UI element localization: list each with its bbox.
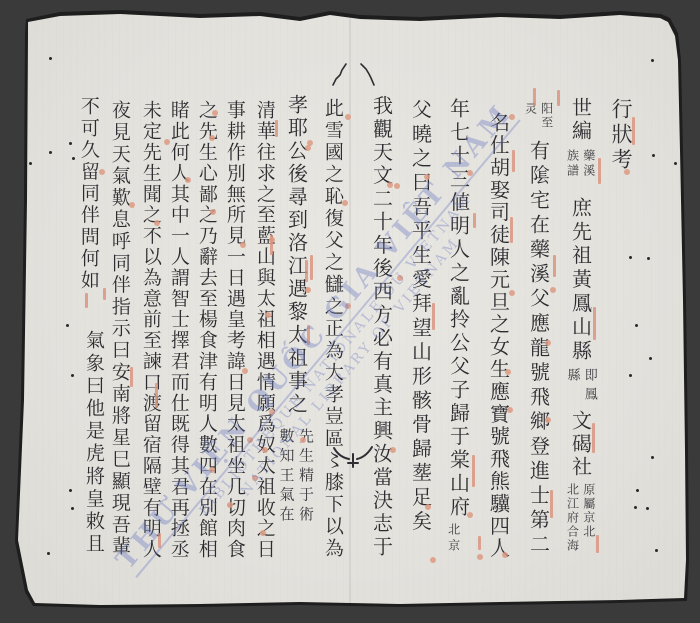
vermilion-punctuation-dot <box>342 200 348 206</box>
interlinear-note: 北京 <box>446 523 459 555</box>
vermilion-name-mark <box>275 120 278 137</box>
vermilion-name-mark <box>103 288 106 300</box>
vermilion-punctuation-dot <box>624 169 630 175</box>
text-column-l3: 清華往求之至藍山與太祖相遇情願爲奴太祖收之日 <box>253 100 275 560</box>
interlinear-note: 原屬京北 北江府合海 <box>565 483 594 553</box>
vermilion-punctuation-dot <box>260 530 266 536</box>
ink-speck <box>646 507 649 510</box>
vermilion-punctuation-dot <box>397 275 403 281</box>
ink-speck <box>29 162 32 165</box>
ink-speck <box>636 489 639 492</box>
vermilion-name-mark <box>596 535 599 553</box>
vermilion-punctuation-dot <box>502 552 508 558</box>
ink-speck <box>69 142 72 145</box>
vermilion-punctuation-dot <box>164 139 170 145</box>
interlinear-note: 阳至 灵 <box>523 102 552 130</box>
vermilion-punctuation-dot <box>265 312 271 318</box>
note-right-line: 即鳳 <box>582 368 596 406</box>
vermilion-punctuation-dot <box>269 409 275 415</box>
note-right-line: 藥溪 <box>582 149 595 179</box>
vermilion-punctuation-dot <box>154 220 160 226</box>
vermilion-punctuation-dot <box>209 467 215 473</box>
note-right-line: 北京 <box>446 523 459 555</box>
ink-speck <box>629 374 632 377</box>
vermilion-name-mark <box>85 293 88 308</box>
text-column-l9: 不可久留同伴問何如 <box>77 96 99 291</box>
vermilion-punctuation-dot <box>252 475 258 481</box>
column-text: 此雪國之恥復父之讎之正為大孝豈區〻膝下以為 <box>321 98 343 560</box>
column-text: 我觀天文二十年後西方必有真主興汝當決志于 <box>370 95 393 559</box>
vermilion-name-mark <box>598 158 601 184</box>
note-right-line: 阳至 <box>540 102 553 130</box>
vermilion-name-mark <box>158 533 161 548</box>
vermilion-punctuation-dot <box>550 287 556 293</box>
text-column-l2: 孝耶公後尋到洛江遇黎太祖事之 先生精于術 數知王氣在 <box>278 94 314 530</box>
vermilion-punctuation-dot <box>99 169 105 175</box>
vermilion-name-mark <box>593 307 596 340</box>
vermilion-punctuation-dot <box>269 237 275 243</box>
vermilion-punctuation-dot <box>509 114 515 120</box>
ink-speck <box>652 154 655 157</box>
text-column-r3: 阳至 灵 有隂宅在藥溪父應龍號飛鄉登進士第二 <box>523 98 552 558</box>
vermilion-punctuation-dot <box>262 447 268 453</box>
column-text: 夜見天氣歎息呼同伴指示曰安南將星巳顯現吾輩 <box>108 100 130 558</box>
vermilion-punctuation-dot <box>305 287 311 293</box>
vermilion-name-mark <box>473 213 476 228</box>
vermilion-punctuation-dot <box>509 290 515 296</box>
ink-speck <box>674 162 677 165</box>
ink-speck <box>649 357 652 360</box>
interlinear-note: 藥溪 族譜 <box>565 149 594 179</box>
ink-speck <box>69 489 72 492</box>
vermilion-punctuation-dot <box>345 114 351 120</box>
note-left-line: 族譜 <box>565 149 578 179</box>
note-right-line: 原屬京北 <box>582 483 595 539</box>
column-text: 清華往求之至藍山與太祖相遇情願爲奴太祖收之日 <box>253 100 275 560</box>
vermilion-punctuation-dot <box>129 202 135 208</box>
ink-speck <box>72 157 75 160</box>
column-text: 未定先生聞之不以為意前至諫口渡留宿隔壁有明人 <box>139 100 161 560</box>
interlinear-note: 先生精于術 數知王氣在 <box>278 428 314 526</box>
ink-speck <box>647 257 650 260</box>
vermilion-punctuation-dot <box>242 368 248 374</box>
column-text: 庶先祖黃鳳山縣 <box>569 197 592 364</box>
vermilion-punctuation-dot <box>345 303 351 309</box>
text-column-r6: 父曉之曰吾平生愛拜望山形骸骨歸塟足矣 <box>409 99 432 535</box>
ink-speck <box>634 506 637 509</box>
vermilion-name-mark <box>155 383 158 408</box>
interlinear-note: 即鳳 縣 <box>564 368 596 406</box>
vermilion-punctuation-dot <box>507 407 513 413</box>
text-column-l4: 事耕作別無所見一日遇皇考諱日見太祖坐几切肉食 <box>223 100 245 560</box>
vermilion-punctuation-dot <box>227 502 233 508</box>
vermilion-punctuation-dot <box>185 177 191 183</box>
vermilion-punctuation-dot <box>430 557 436 563</box>
ink-speck <box>49 57 52 60</box>
vermilion-name-mark <box>557 90 560 106</box>
vermilion-name-mark <box>310 255 313 280</box>
vermilion-name-mark <box>632 117 635 145</box>
text-column-l9-continued: 氣象曰他是虎將皇敕且 <box>82 330 104 556</box>
text-column-r4: 名仕胡娶司徒陳元旦之女生應寶號飛熊驥四人 <box>487 112 510 560</box>
vermilion-punctuation-dot <box>477 554 483 560</box>
ink-speck <box>635 324 638 327</box>
column-text: 孝耶公後尋到洛江遇黎太祖事之 <box>285 94 308 416</box>
ink-speck <box>629 256 632 259</box>
column-text: 之先生心鄙之乃辭去至楊食津有明人數四在別館相 <box>195 100 217 560</box>
ink-speck <box>49 151 52 154</box>
vermilion-punctuation-dot <box>424 174 430 180</box>
ink-speck <box>47 552 50 555</box>
text-column-l8: 夜見天氣歎息呼同伴指示曰安南將星巳顯現吾輩 <box>108 100 130 558</box>
vermilion-punctuation-dot <box>209 135 215 141</box>
text-column-r2: 世編 藥溪 族譜 庶先祖黃鳳山縣 即鳳 縣 文碣社 原屬京北 北江府合海 <box>564 97 596 557</box>
text-column-l5: 之先生心鄙之乃辭去至楊食津有明人數四在別館相 <box>195 100 217 560</box>
vermilion-punctuation-dot <box>247 437 253 443</box>
column-text: 不可久留同伴問何如 <box>77 96 99 291</box>
vermilion-name-mark <box>472 455 475 487</box>
column-text: 有隂宅在藥溪父應龍號飛鄉登進士第二 <box>527 140 550 558</box>
column-text: 年七十三値明人之亂拎公父子歸于棠山府 <box>447 98 470 519</box>
column-text: 氣象曰他是虎將皇敕且 <box>82 330 104 556</box>
ink-speck <box>71 507 74 510</box>
vermilion-punctuation-dot <box>305 145 311 151</box>
ink-speck <box>651 59 654 62</box>
vermilion-name-mark <box>510 217 513 243</box>
vermilion-punctuation-dot <box>240 242 246 248</box>
vermilion-punctuation-dot <box>467 170 473 176</box>
column-heading-text: 行狀考 <box>609 98 633 173</box>
note-right-line: 先生精于術 <box>298 428 315 526</box>
vermilion-name-mark <box>305 260 308 282</box>
text-column-r5: 年七十三値明人之亂拎公父子歸于棠山府 北京 <box>447 98 470 559</box>
column-text: 世編 <box>569 97 592 143</box>
vermilion-punctuation-dot <box>394 183 400 189</box>
vermilion-name-mark <box>553 255 556 277</box>
column-text: 名仕胡娶司徒陳元旦之女生應寶號飛熊驥四人 <box>487 112 510 560</box>
ink-speck <box>651 456 654 459</box>
ink-speck <box>66 324 69 327</box>
note-left-line: 數知王氣在 <box>278 428 295 526</box>
text-column-l1: 此雪國之恥復父之讎之正為大孝豈區〻膝下以為 <box>321 98 343 560</box>
note-left-line: 縣 <box>564 368 578 387</box>
vermilion-punctuation-dot <box>390 447 396 453</box>
vermilion-punctuation-dot <box>212 110 218 116</box>
column-text: 文碣社 <box>569 410 592 479</box>
vermilion-name-mark <box>550 490 553 518</box>
vermilion-punctuation-dot <box>505 369 511 375</box>
text-column-l7: 未定先生聞之不以為意前至諫口渡留宿隔壁有明人 <box>139 100 161 560</box>
column-text: 事耕作別無所見一日遇皇考諱日見太祖坐几切肉食 <box>223 100 245 560</box>
vermilion-name-mark <box>478 536 481 550</box>
vermilion-punctuation-dot <box>545 340 551 346</box>
vermilion-name-mark <box>592 423 595 453</box>
text-column-l6: 睹此何人其中一人謂智士擇君而仕既得其君再拯丞 <box>167 100 189 560</box>
vermilion-name-mark <box>533 88 536 106</box>
vermilion-punctuation-dot <box>467 512 473 518</box>
vermilion-punctuation-dot <box>210 209 216 215</box>
vermilion-punctuation-dot <box>545 417 551 423</box>
text-column-r7: 我觀天文二十年後西方必有真主興汝當決志于 <box>370 95 393 559</box>
vermilion-name-mark <box>307 325 310 345</box>
vermilion-punctuation-dot <box>425 504 431 510</box>
vermilion-name-mark <box>512 150 515 172</box>
ink-speck <box>71 374 74 377</box>
vermilion-punctuation-dot <box>387 182 393 188</box>
vermilion-name-mark <box>130 367 133 387</box>
ink-speck <box>655 549 658 552</box>
vermilion-name-mark <box>432 303 435 330</box>
center-fold-line <box>349 18 351 603</box>
column-text: 睹此何人其中一人謂智士擇君而仕既得其君再拯丞 <box>167 100 189 560</box>
text-column-r1: 行狀考 <box>609 98 633 173</box>
note-left-line: 北江府合海 <box>565 483 578 553</box>
vermilion-punctuation-dot <box>300 437 306 443</box>
column-text: 父曉之曰吾平生愛拜望山形骸骨歸塟足矣 <box>409 99 432 535</box>
